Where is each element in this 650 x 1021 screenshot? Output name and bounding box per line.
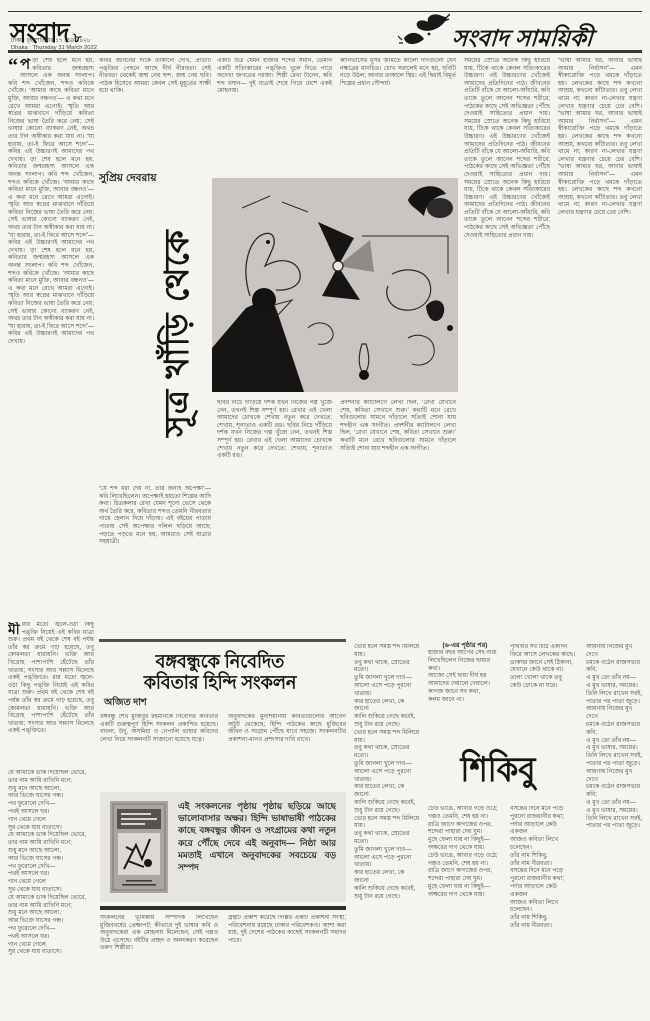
abstract-artwork xyxy=(212,178,458,392)
mid-section-rule xyxy=(99,639,346,642)
anthology-pullquote-box: এই সংকলনের পৃষ্ঠায় পৃষ্ঠায় ছড়িয়ে আছে… xyxy=(100,792,346,902)
mi-column-verse: যে আমাকে ডাক দিয়েছিল ভোরে, তার নাম আমি … xyxy=(8,770,94,1013)
anthology-byline: অজিত দাশ xyxy=(104,696,147,711)
lead-column-1-text: ড়া শেষ হলে মনে হয়, কবিতার জন্মরহস্য আস… xyxy=(8,58,94,345)
poem-column-1: ভোর হলে সমস্ত শব্দ মিলিয়ে যায়। তবু কথা… xyxy=(354,644,420,1013)
mi-drop-cap: মী xyxy=(8,622,22,636)
opening-quote-mark: “ xyxy=(8,58,20,74)
anthology-bottom-left: সংকলনের ভূমিকায় সম্পাদক লিখেছেন মুজিববর… xyxy=(100,915,218,1013)
lead-column-4-top: ক্যানভাসের ধূসর জমিতে কালো দাগগুলো যেন ন… xyxy=(340,58,456,170)
lead-column-3-bottom: ছবির নিচে দাঁড়িয়ে দর্শক যখন নিজের গল্প… xyxy=(217,400,332,632)
poem-title: শিকিবু xyxy=(434,743,562,800)
lead-column-3-top: একটি চিত্র যেমন হাজার শব্দের সমান, তেমনি… xyxy=(217,58,332,170)
book-cover-image xyxy=(110,801,168,893)
anthology-pullquote-text: এই সংকলনের পৃষ্ঠায় পৃষ্ঠায় ছড়িয়ে আছে… xyxy=(178,800,336,894)
poem-column-2-top: হাজার বছর আগের সেই নারী লিখেছিলেন নিজের … xyxy=(428,650,502,734)
lead-column-1: “পড়া শেষ হলে মনে হয়, কবিতার জন্মরহস্য … xyxy=(8,58,94,610)
section-title: সংবাদ সাময়িকী xyxy=(451,20,594,59)
anthology-column-left: বঙ্গবন্ধু শেখ মুজিবুর রহমানকে নিবেদিত কব… xyxy=(100,714,218,788)
anthology-column-right: অনুবাদকের মুনশিয়ানায় কবিতাগুলোর আবেগ অ… xyxy=(228,714,346,788)
bird-logo-icon xyxy=(398,12,450,50)
anthology-bottom-right: গ্রন্থটি প্রকাশ করেছে দিল্লির একটি প্রকা… xyxy=(228,915,346,1013)
lead-headline: সূত্র খাঁড়ি থেকে xyxy=(151,229,207,437)
lead-byline: সুপ্রিয় দেবরায় xyxy=(99,171,211,188)
lead-column-6: “ভাষা আমার ঘর, আবার ভাষাই আমার নির্বাসন”… xyxy=(558,58,642,632)
lead-column-5: সময়ের স্রোতে অনেক কিছু হারিয়ে যায়, টি… xyxy=(464,58,550,632)
anthology-headline-line1: বঙ্গবন্ধুকে নিবেদিত xyxy=(100,650,340,672)
dateline-bengali: ঢাকা : বৃহস্পতিবার ১৭ চৈত্র ১৪২৮ xyxy=(11,38,91,45)
lead-vertical-headline-wrap: সূত্র খাঁড়ি থেকে xyxy=(146,188,212,478)
poem-column-3-bottom: বসন্তের দিনে মনে পড়ে পুরনো রাজধানীর কথা… xyxy=(510,806,576,1013)
poem-column-3-top: পৃথিবীর সব চিঠি একদিন ফিরে আসে লেখকের কা… xyxy=(510,644,576,734)
poem-column-2-bottom: ঢেউ ভাঙে, আবার গড়ে ওঠে; গল্পও তেমনি, শে… xyxy=(428,806,502,1013)
header-bottom-rule xyxy=(8,50,642,53)
newspaper-page: { "header": { "masthead": "সংবাদ", "page… xyxy=(0,0,650,1021)
top-rule xyxy=(8,11,642,12)
anthology-headline-line2: কবিতার হিন্দি সংকলন xyxy=(100,671,340,693)
mi-column-text: রার মতো জ্বলে-ওঠা কিছু পঙ্‌ক্তি নিয়েই এ… xyxy=(8,622,94,734)
lead-drop-cap: প xyxy=(20,58,32,72)
lead-column-2-bottom: “যে শব্দ ধরা দেয় না, তার জন্যই অপেক্ষা”… xyxy=(99,486,211,632)
lead-column-4-bottom: প্রদর্শনীর ক্যাটালগে লেখা ছিল, ‘রেখা যেখ… xyxy=(340,400,456,632)
poem-column-4: আয়নায় নিজের মুখ দেখে চমকে ওঠেন রাজসভার… xyxy=(586,644,644,1013)
lead-column-2-top: কবির জীবনের দিকে তাকালে দেখি, প্রতিটি পঙ… xyxy=(99,58,211,164)
anthology-bottom-rule xyxy=(100,906,346,910)
